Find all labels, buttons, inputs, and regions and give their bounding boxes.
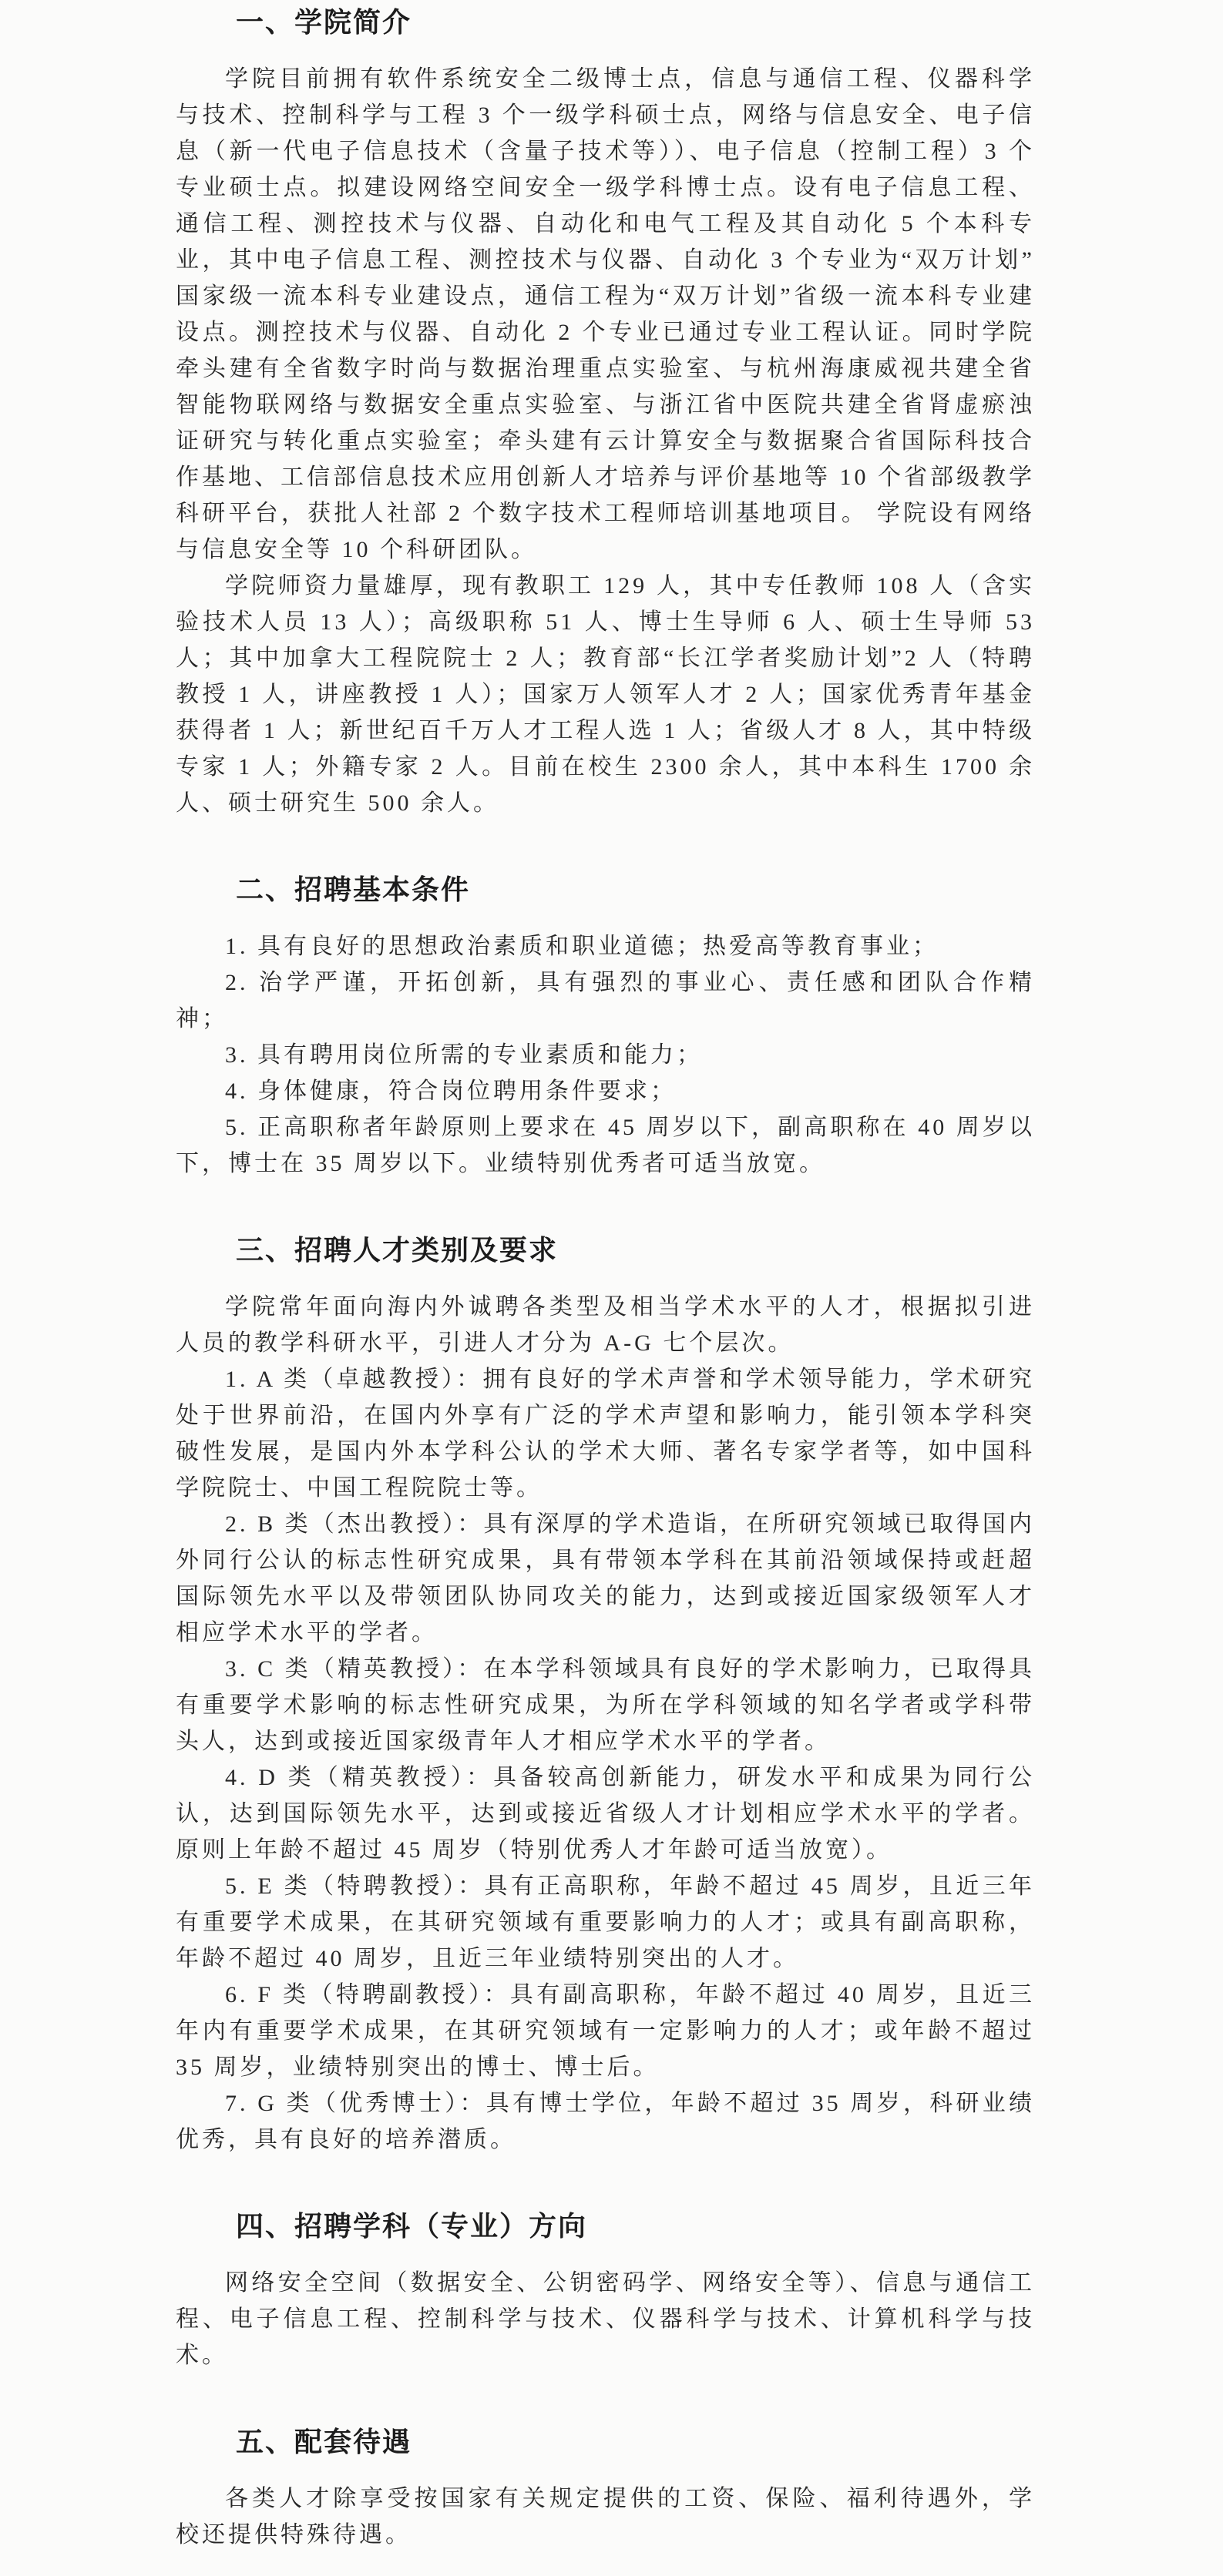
- section-heading-talent-categories: 三、招聘人才类别及要求: [176, 1233, 1035, 1269]
- talent-categories-intro: 学院常年面向海内外诚聘各类型及相当学术水平的人才，根据拟引进人员的教学科研水平，…: [176, 1289, 1035, 1361]
- document-page: 一、学院简介 学院目前拥有软件系统安全二级博士点，信息与通信工程、仪器科学与技术…: [0, 0, 1223, 2576]
- talent-category-a: 1. A 类（卓越教授）：拥有良好的学术声誉和学术领导能力，学术研究处于世界前沿…: [176, 1361, 1035, 1506]
- condition-item-1: 1. 具有良好的思想政治素质和职业道德；热爱高等教育事业；: [176, 928, 1035, 964]
- talent-category-d: 4. D 类（精英教授）：具备较高创新能力，研发水平和成果为同行公认，达到国际领…: [176, 1759, 1035, 1868]
- disciplines-list: 网络安全空间（数据安全、公钥密码学、网络安全等）、信息与通信工程、电子信息工程、…: [176, 2265, 1035, 2373]
- talent-category-e: 5. E 类（特聘教授）：具有正高职称，年龄不超过 45 周岁，且近三年有重要学…: [176, 1868, 1035, 1977]
- section-benefits: 五、配套待遇 各类人才除享受按国家有关规定提供的工资、保险、福利待遇外，学校还提…: [176, 2424, 1035, 2553]
- section-talent-categories: 三、招聘人才类别及要求 学院常年面向海内外诚聘各类型及相当学术水平的人才，根据拟…: [176, 1233, 1035, 2158]
- talent-category-c: 3. C 类（精英教授）：在本学科领域具有良好的学术影响力，已取得具有重要学术影…: [176, 1651, 1035, 1759]
- section-basic-recruitment-conditions: 二、招聘基本条件 1. 具有良好的思想政治素质和职业道德；热爱高等教育事业； 2…: [176, 872, 1035, 1182]
- section-heading-benefits: 五、配套待遇: [176, 2424, 1035, 2460]
- section-heading-college-introduction: 一、学院简介: [176, 5, 1035, 41]
- talent-category-b: 2. B 类（杰出教授）：具有深厚的学术造诣，在所研究领域已取得国内外同行公认的…: [176, 1506, 1035, 1651]
- section-recruitment-disciplines: 四、招聘学科（专业）方向 网络安全空间（数据安全、公钥密码学、网络安全等）、信息…: [176, 2209, 1035, 2373]
- condition-item-3: 3. 具有聘用岗位所需的专业素质和能力；: [176, 1037, 1035, 1073]
- talent-category-f: 6. F 类（特聘副教授）：具有副高职称，年龄不超过 40 周岁，且近三年内有重…: [176, 1977, 1035, 2085]
- paragraph-college-overview: 学院目前拥有软件系统安全二级博士点，信息与通信工程、仪器科学与技术、控制科学与工…: [176, 61, 1035, 568]
- condition-item-4: 4. 身体健康，符合岗位聘用条件要求；: [176, 1073, 1035, 1109]
- benefits-description: 各类人才除享受按国家有关规定提供的工资、保险、福利待遇外，学校还提供特殊待遇。: [176, 2480, 1035, 2553]
- section-heading-basic-conditions: 二、招聘基本条件: [176, 872, 1035, 908]
- talent-category-g: 7. G 类（优秀博士）：具有博士学位，年龄不超过 35 周岁，科研业绩优秀，具…: [176, 2085, 1035, 2158]
- section-college-introduction: 一、学院简介 学院目前拥有软件系统安全二级博士点，信息与通信工程、仪器科学与技术…: [176, 5, 1035, 821]
- condition-item-2: 2. 治学严谨，开拓创新，具有强烈的事业心、责任感和团队合作精神；: [176, 964, 1035, 1037]
- section-heading-disciplines: 四、招聘学科（专业）方向: [176, 2209, 1035, 2245]
- paragraph-faculty-statistics: 学院师资力量雄厚，现有教职工 129 人，其中专任教师 108 人（含实验技术人…: [176, 568, 1035, 821]
- condition-item-5: 5. 正高职称者年龄原则上要求在 45 周岁以下，副高职称在 40 周岁以下，博…: [176, 1109, 1035, 1182]
